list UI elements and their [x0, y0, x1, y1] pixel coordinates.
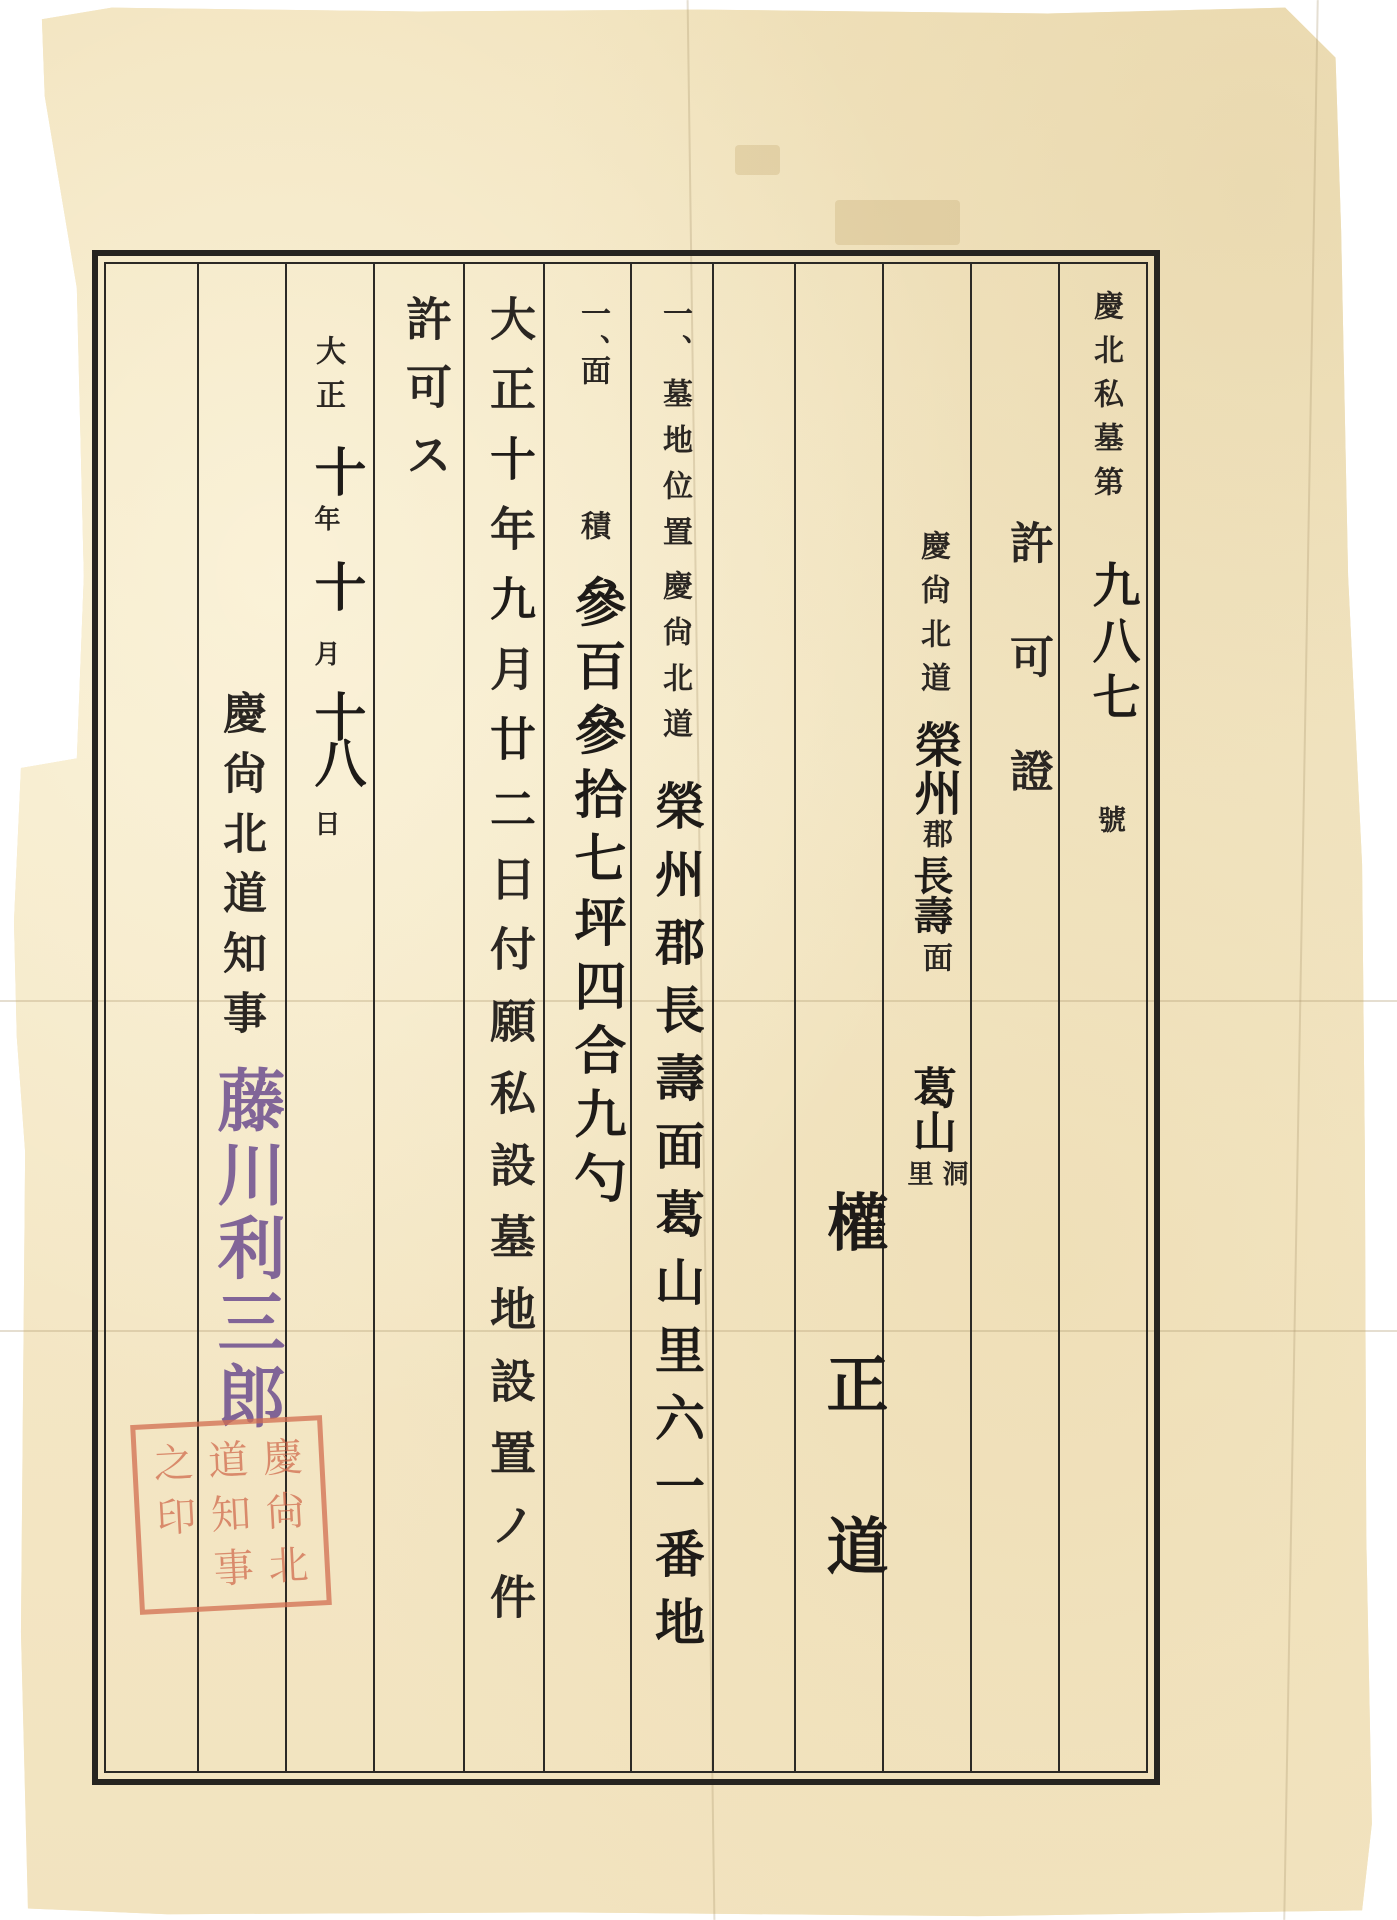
- recipient-township-suffix: 面: [912, 942, 956, 972]
- issue-day-suffix: 日: [307, 810, 344, 836]
- issue-year-suffix: 年: [307, 505, 344, 531]
- column-divider: [712, 264, 714, 1771]
- seal-char: [152, 1544, 207, 1599]
- official-seal: 之 道 慶 印 知 尙 事 北: [130, 1415, 332, 1615]
- location-value: 榮州郡長壽面葛山里六一番地: [640, 780, 712, 1664]
- serial-number: 九八七: [1078, 560, 1147, 728]
- location-label: 墓地位置: [652, 378, 696, 562]
- serial-prefix: 慶北私墓第: [1083, 290, 1127, 510]
- recipient-township: 長壽: [902, 855, 959, 935]
- recipient-province: 慶尙北道: [910, 530, 954, 706]
- column-divider: [543, 264, 545, 1771]
- issue-year: 十: [298, 445, 373, 497]
- seal-char: 知: [203, 1488, 258, 1543]
- application-day-suffix: 日: [477, 855, 543, 925]
- area-value: 參百參拾七坪四合九勺: [558, 575, 633, 1215]
- seal-char: 北: [261, 1539, 316, 1594]
- column-divider: [794, 264, 796, 1771]
- area-label-1: 面: [570, 355, 614, 399]
- issue-era: 大正: [305, 335, 349, 423]
- seal-char: 道: [201, 1434, 256, 1489]
- seal-char: 事: [206, 1542, 261, 1597]
- column-divider: [1058, 264, 1060, 1771]
- recipient-county-suffix: 郡: [912, 818, 956, 848]
- recipient-name: 權正道: [808, 1190, 897, 1676]
- serial-suffix: 號: [1090, 805, 1130, 833]
- issue-month: 十: [298, 560, 373, 612]
- location-marker: 一、: [652, 298, 696, 370]
- column-divider: [373, 264, 375, 1771]
- application-era: 大正: [477, 295, 543, 435]
- column-divider: [463, 264, 465, 1771]
- paper-stain: [735, 145, 780, 175]
- column-divider: [970, 264, 972, 1771]
- seal-char: 尙: [258, 1485, 313, 1540]
- recipient-village-suffix: 里: [900, 1160, 937, 1186]
- seal-char: 印: [149, 1491, 204, 1546]
- application-month: 九: [477, 575, 543, 645]
- recipient-county: 榮州: [900, 720, 969, 816]
- issue-month-suffix: 月: [307, 640, 344, 666]
- approval-text: 許可ス: [393, 295, 459, 499]
- recipient-dong-label: 洞: [935, 1160, 972, 1186]
- application-day: 廿二: [477, 715, 543, 855]
- seal-char: 慶: [255, 1431, 310, 1486]
- application-month-suffix: 月: [477, 645, 543, 715]
- application-year: 十: [477, 435, 543, 505]
- issuer-title: 慶尙北道知事: [208, 690, 272, 1050]
- application-subject: 付願私設墓地設置ノ件: [477, 925, 543, 1645]
- issue-day: 十八: [298, 690, 373, 782]
- area-label-2: 積: [570, 510, 614, 554]
- application-year-suffix: 年: [477, 505, 543, 575]
- location-province: 慶尙北道: [652, 570, 696, 754]
- issuer-name-stamp: 藤川利三郎: [198, 1065, 295, 1435]
- paper-stain: [835, 200, 960, 245]
- recipient-village: 葛山: [898, 1065, 962, 1153]
- document-title: 許可證: [995, 520, 1059, 862]
- seal-char: 之: [146, 1437, 201, 1492]
